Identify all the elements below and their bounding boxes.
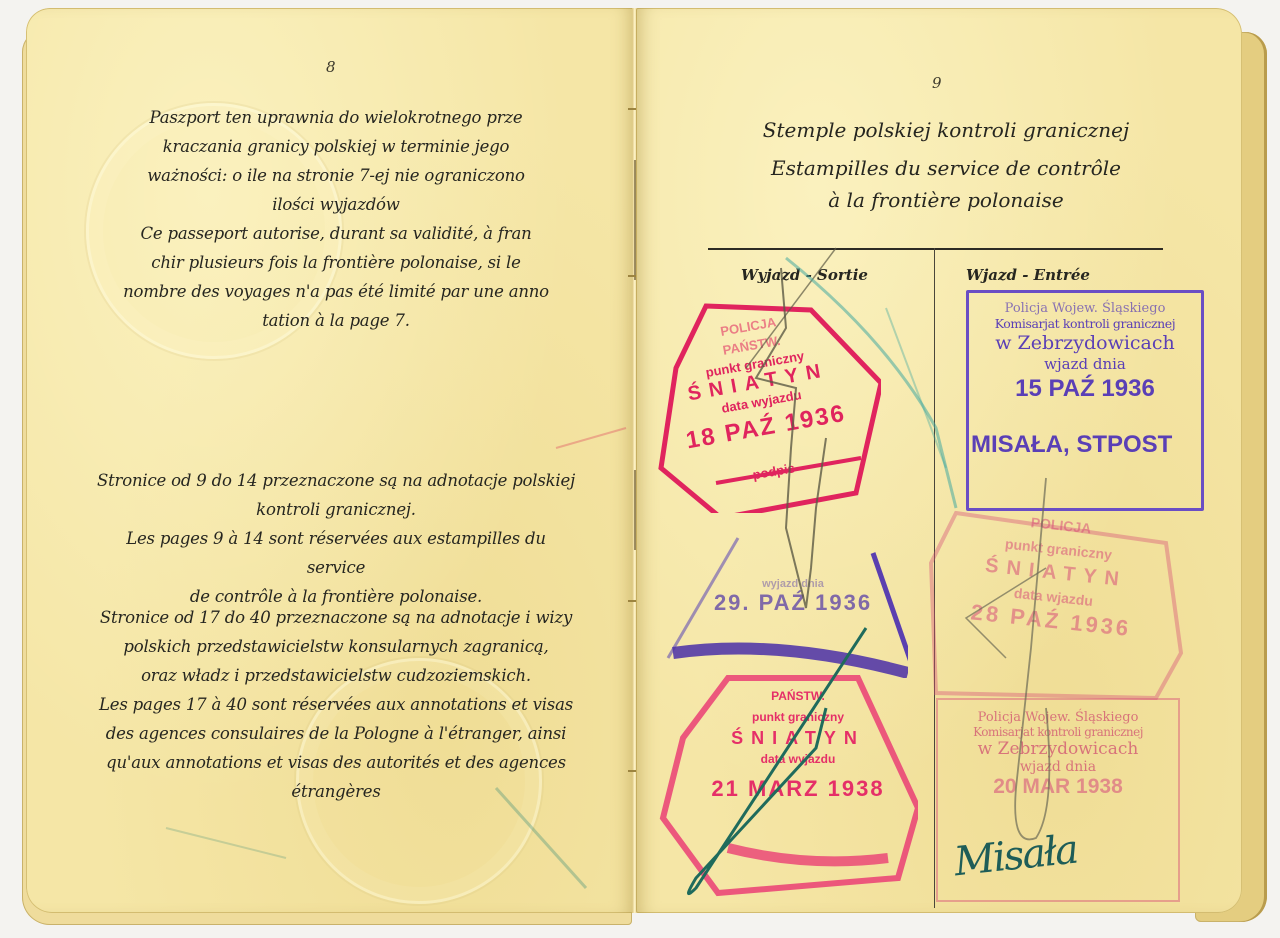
text-line: tation à la page 7. (96, 306, 576, 335)
title-french-line-2: à la frontière polonaise (706, 184, 1186, 216)
stamp-date: 21 MARZ 1938 (698, 770, 898, 808)
paragraph-multiple-crossings: Paszport ten uprawnia do wielokrotnego p… (96, 103, 576, 335)
text-line: Les pages 9 à 14 sont réservées aux esta… (96, 524, 576, 582)
stamp-line: wyjazd dnia (698, 578, 888, 590)
stamp-line: wjazd dnia (938, 759, 1178, 775)
right-page: 9 Stemple polskiej kontroli granicznej E… (636, 8, 1242, 913)
passport-spread: 8 Paszport ten uprawnia do wielokrotnego… (0, 0, 1280, 938)
text-line: étrangères (96, 777, 576, 806)
stamp-line: Policja Wojew. Śląskiego (938, 710, 1178, 725)
paragraph-pages-9-14: Stronice od 9 do 14 przeznaczone są na a… (96, 466, 576, 611)
text-line: Stronice od 9 do 14 przeznaczone są na a… (96, 466, 576, 495)
text-line: qu'aux annotations et visas des autorité… (96, 748, 576, 777)
text-line: Paszport ten uprawnia do wielokrotnego p… (96, 103, 576, 132)
left-page: 8 Paszport ten uprawnia do wielokrotnego… (26, 8, 634, 913)
text-line: Les pages 17 à 40 sont réservées aux ann… (96, 690, 576, 719)
text-line: kontroli granicznej. (96, 495, 576, 524)
paragraph-pages-17-40: Stronice od 17 do 40 przeznaczone są na … (96, 603, 576, 806)
page-number: 8 (326, 58, 336, 76)
stamp-line: Komisarjat kontroli granicznej (969, 316, 1201, 331)
stamp-date: 15 PAŹ 1936 (969, 375, 1201, 403)
table-header-rule (708, 248, 1163, 250)
text-line: des agences consulaires de la Pologne à … (96, 719, 576, 748)
stamp-entry-zebrzydowice-1936: Policja Wojew. Śląskiego Komisarjat kont… (966, 290, 1204, 511)
stamp-date: 29. PAŹ 1936 (698, 590, 888, 616)
stamp-line: ŚNIATYN (698, 728, 898, 749)
text-line: polskich przedstawicielstw konsularnych … (96, 632, 576, 661)
stamp-line: data wyjazdu (698, 749, 898, 770)
stamp-line: Komisarjat kontroli granicznej (938, 725, 1178, 739)
stamp-line: wjazd dnia (969, 355, 1201, 373)
column-header-exit: Wyjazd - Sortie (741, 266, 868, 284)
stamp-line: Policja Wojew. Śląskiego (969, 301, 1201, 316)
text-line: Stronice od 17 do 40 przeznaczone są na … (96, 603, 576, 632)
stamp-exit-1936-purple: wyjazd dnia 29. PAŹ 1936 (658, 518, 908, 678)
text-line: nombre des voyages n'a pas été limité pa… (96, 277, 576, 306)
stamp-date: 20 MAR 1938 (938, 775, 1178, 799)
column-header-entry: Wjazd - Entrée (966, 266, 1090, 284)
text-line: Ce passeport autorise, durant sa validit… (96, 219, 576, 248)
stamp-officer-name: MISAŁA, STPOST (969, 431, 1201, 459)
page-title: Stemple polskiej kontroli granicznej Est… (706, 108, 1186, 216)
stamp-line: w Zebrzydowicach (938, 739, 1178, 759)
text-line: oraz władz i przedstawicielstw cudzoziem… (96, 661, 576, 690)
stamp-line: PAŃSTW. (698, 686, 898, 707)
text-line: chir plusieurs fois la frontière polonai… (96, 248, 576, 277)
stamp-line: punkt graniczny (698, 707, 898, 728)
stamp-exit-sniatyn-1938: PAŃSTW. punkt graniczny ŚNIATYN data wyj… (658, 668, 918, 898)
text-line: ważności: o ile na stronie 7-ej nie ogra… (96, 161, 576, 190)
page-number: 9 (932, 74, 942, 92)
title-french-line-1: Estampilles du service de contrôle (706, 152, 1186, 184)
title-polish: Stemple polskiej kontroli granicznej (706, 108, 1186, 152)
text-line: kraczania granicy polskiej w terminie je… (96, 132, 576, 161)
stamp-line: w Zebrzydowicach (969, 331, 1201, 355)
stamp-entry-sniatyn-1936: POLICJA punkt graniczny ŚNIATYN data wja… (926, 503, 1196, 703)
stamp-exit-sniatyn-1936: POLICJA PAŃSTW. punkt graniczny ŚNIATYN … (651, 298, 881, 513)
text-line: ilości wyjazdów (96, 190, 576, 219)
